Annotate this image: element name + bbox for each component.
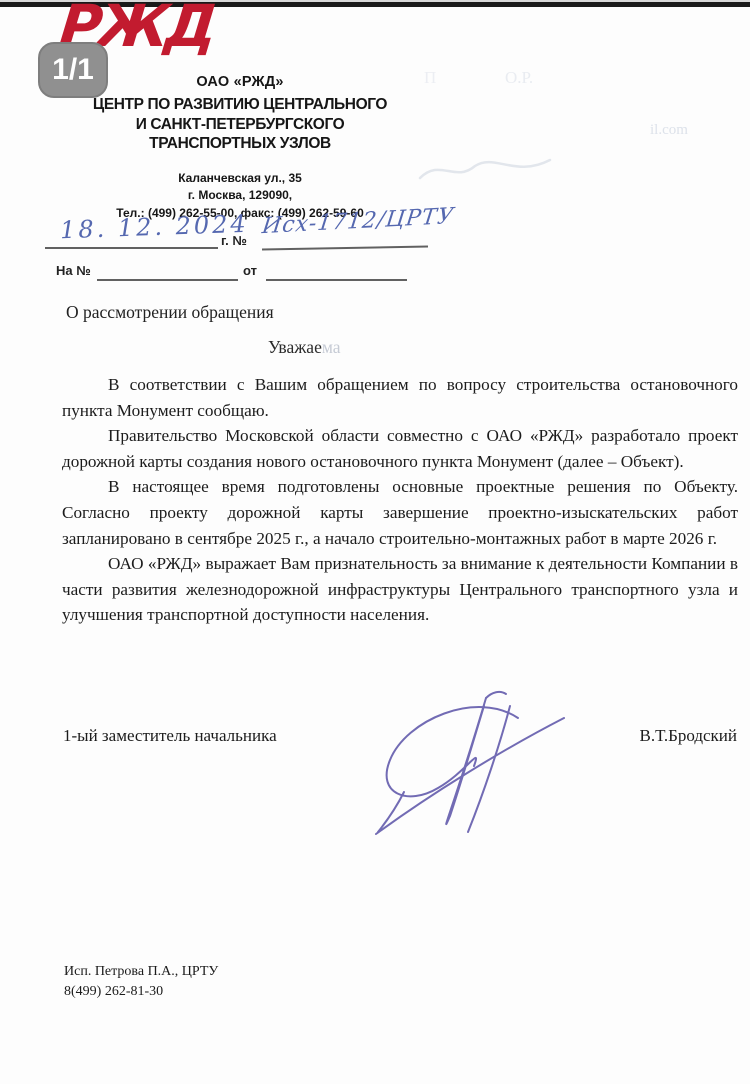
executor-phone: 8(499) 262-81-30 [64, 982, 218, 1002]
incoming-date-blank-line [266, 279, 407, 281]
body-paragraph-3: В настоящее время подготовлены основные … [62, 474, 738, 551]
letterhead: ОАО «РЖД» ЦЕНТР ПО РАЗВИТИЮ ЦЕНТРАЛЬНОГО… [66, 74, 414, 222]
subject-line: О рассмотрении обращения [66, 302, 274, 323]
address-street: Каланчевская ул., 35 [66, 170, 414, 188]
letter-body: В соответствии с Вашим обращением по воп… [62, 372, 738, 628]
signer-name: В.Т.Бродский [640, 726, 737, 746]
address-city: г. Москва, 129090, [66, 187, 414, 205]
body-paragraph-2: Правительство Московской области совмест… [62, 423, 738, 474]
department-line-2: И САНКТ-ПЕТЕРБУРГСКОГО [66, 115, 414, 135]
department-line-1: ЦЕНТР ПО РАЗВИТИЮ ЦЕНТРАЛЬНОГО [66, 95, 414, 115]
department-line-3: ТРАНСПОРТНЫХ УЗЛОВ [66, 134, 414, 154]
scanned-letter-page: РЖД 1/1 ОАО «РЖД» ЦЕНТР ПО РАЗВИТИЮ ЦЕНТ… [0, 0, 750, 1084]
incoming-number-label: На № [56, 263, 91, 278]
date-number-label: г. № [221, 233, 247, 248]
incoming-date-label: от [243, 263, 257, 278]
executor-name: Исп. Петрова П.А., ЦРТУ [64, 962, 218, 982]
redacted-handwriting-squiggle [415, 148, 555, 188]
body-paragraph-4: ОАО «РЖД» выражает Вам признательность з… [62, 551, 738, 628]
body-paragraph-1: В соответствии с Вашим обращением по воп… [62, 372, 738, 423]
signature-ink [368, 684, 573, 839]
page-counter-badge: 1/1 [38, 42, 108, 98]
signer-position-title: 1-ый заместитель начальника [63, 726, 277, 746]
number-underline [262, 246, 428, 250]
greeting-visible: Уважае [268, 337, 322, 357]
date-underline [45, 247, 218, 249]
redacted-addressee-fragment: П [424, 68, 436, 88]
redacted-addressee-initials: О.Р. [505, 68, 533, 88]
greeting-faded: ма [322, 337, 341, 357]
executor-block: Исп. Петрова П.А., ЦРТУ 8(499) 262-81-30 [64, 962, 218, 1002]
incoming-number-blank-line [97, 279, 238, 281]
redacted-email-fragment: il.com [650, 122, 688, 139]
greeting-line: Уважаема [268, 337, 341, 358]
company-name: ОАО «РЖД» [66, 74, 414, 90]
